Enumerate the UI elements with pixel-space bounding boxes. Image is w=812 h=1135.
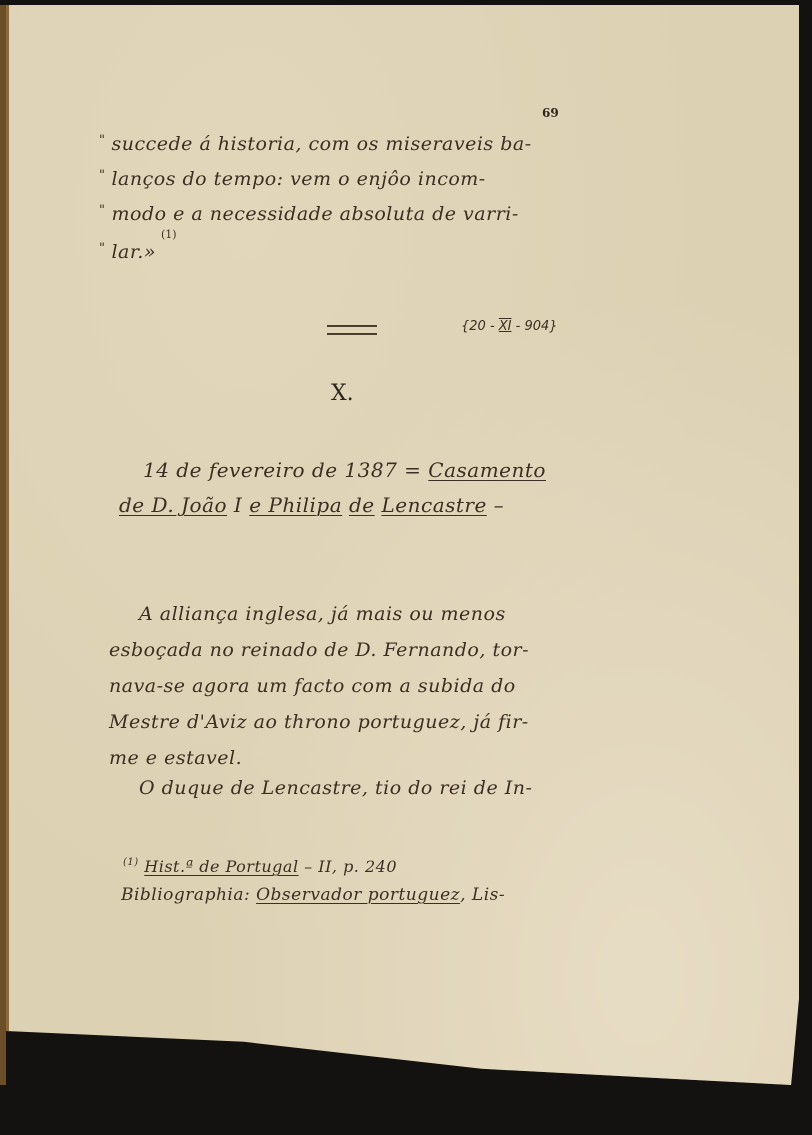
quote-line-4: "lar.» <box>99 241 156 263</box>
heading-line-1: 14 de fevereiro de 1387 = Casamento <box>143 458 546 482</box>
footnote-1: (1) Hist.ª de Portugal – II, p. 240 <box>123 857 397 876</box>
quote-line-1: "succede á historia, com os miseraveis b… <box>99 133 532 155</box>
bottom-edge-bleed-marks <box>29 1075 529 1088</box>
chapter-numeral: X. <box>331 381 354 406</box>
date-suffix: - 904} <box>512 319 558 334</box>
body-line-4: Mestre d'Aviz ao throno portuguez, já fi… <box>109 711 529 733</box>
quote-mark: " <box>99 241 105 256</box>
heading-part: – <box>487 493 504 517</box>
heading-part <box>342 493 349 517</box>
heading-part: Lencastre <box>382 493 487 517</box>
bibliography-rest: , Lis- <box>460 885 505 905</box>
scanned-page-frame: 69 "succede á historia, com os miseravei… <box>0 0 812 1135</box>
heading-title: Casamento <box>428 458 546 482</box>
date-roman-month: XI <box>499 319 512 334</box>
quote-mark: " <box>99 168 105 183</box>
double-rule-separator <box>327 325 377 335</box>
page-binding-edge <box>0 5 6 1085</box>
quote-line-text: lar.» <box>111 241 156 263</box>
date-prefix: {20 - <box>461 319 499 334</box>
page-number: 69 <box>542 106 559 120</box>
body-line-1: A alliança inglesa, já mais ou menos <box>139 603 506 625</box>
quote-line-text: succede á historia, com os miseraveis ba… <box>111 133 531 155</box>
heading-part <box>375 493 382 517</box>
heading-part: de D. João <box>119 493 227 517</box>
heading-date: 14 de fevereiro de 1387 = <box>143 458 428 482</box>
quote-line-text: lanços do tempo: vem o enjôo incom- <box>111 168 485 190</box>
bibliography-line: Bibliographia: Observador portuguez, Lis… <box>121 885 505 905</box>
body-line-2: esboçada no reinado de D. Fernando, tor- <box>109 639 529 661</box>
quote-line-2: "lanços do tempo: vem o enjôo incom- <box>99 168 486 190</box>
quote-line-text: modo e a necessidade absoluta de varri- <box>111 203 518 225</box>
date-stamp: {20 - XI - 904} <box>461 319 558 334</box>
heading-part: I <box>227 493 249 517</box>
manuscript-page: 69 "succede á historia, com os miseravei… <box>6 5 799 1085</box>
bibliography-label: Bibliographia: <box>121 885 256 905</box>
footnote-mark: (1) <box>123 857 139 868</box>
quote-mark: " <box>99 133 105 148</box>
heading-line-2: de D. João I e Philipa de Lencastre – <box>119 493 504 517</box>
heading-part: e Philipa <box>249 493 342 517</box>
body-line-5: me e estavel. <box>109 747 242 769</box>
footnote-citation: – II, p. 240 <box>299 857 397 876</box>
body-line-3: nava-se agora um facto com a subida do <box>109 675 516 697</box>
quote-mark: " <box>99 203 105 218</box>
footnote-reference: (1) <box>161 228 177 241</box>
footnote-source: Hist.ª de Portugal <box>144 857 298 876</box>
heading-part: de <box>349 493 375 517</box>
quote-line-3: "modo e a necessidade absoluta de varri- <box>99 203 519 225</box>
bibliography-source: Observador portuguez <box>256 885 460 905</box>
body-line-6: O duque de Lencastre, tio do rei de In- <box>139 777 532 799</box>
